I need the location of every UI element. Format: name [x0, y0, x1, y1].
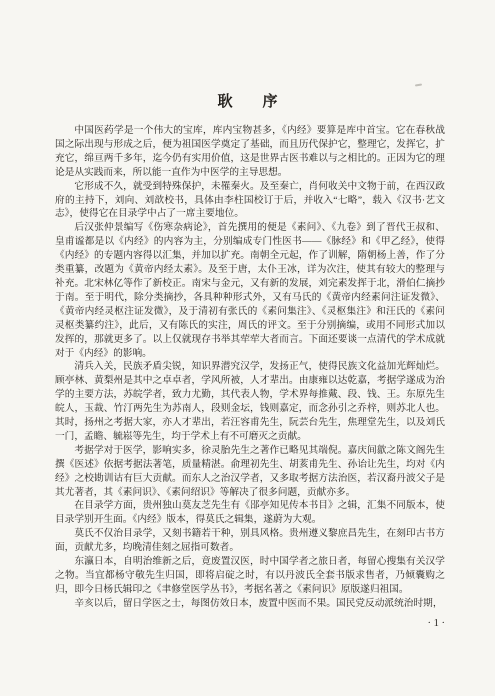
paragraph: 在目录学方面，贵州独山莫友芝先生有《郘亭知见传本书目》之辑，汇集不同版本，使目录…	[55, 499, 445, 527]
page-number: · 1 ·	[55, 618, 445, 629]
scanned-book-page: 耿 序 中国医药学是一个伟大的宝库，库内宝物甚多，《内经》要算是库中首宝。它在春…	[0, 0, 495, 696]
paragraph: 莫氏不仅治目录学，又刻书籍若干种，别具风格。贵州遵义黎庶昌先生，在刻印古书方面，…	[55, 527, 445, 555]
page-title: 耿 序	[0, 90, 495, 111]
scan-artifact-mark	[415, 84, 422, 87]
paragraph: 东瀛日本，自明治维新之后，竟废置汉医，时中国学者之旅日者，每留心搜集有关汉学之物…	[55, 555, 445, 597]
paragraph: 辛亥以后，留日学医之士，每图仿效日本，废置中医而不果。国民党反动派统治时期，	[55, 597, 445, 611]
paragraph: 后汉张仲景编写《伤寒杂病论》，首先撰用的便是《素问》、《九卷》到了晋代王叔和、皇…	[55, 221, 445, 360]
paragraph: 考据学对于医学，影响实多，徐灵胎先生之著作已略见其端倪。嘉庆间歙之陈文阁先生撰《…	[55, 444, 445, 500]
paragraph: 它形成不久，就受到特殊保护，未罹秦火。及至秦亡，肖何收关中文物于前，在西汉政府的…	[55, 180, 445, 222]
paragraph: 清兵入关，民族矛盾尖锐，知识界潜究汉学，发扬正气，使得民族文化益加光辉灿烂。顾亭…	[55, 360, 445, 443]
preface-body-text: 中国医药学是一个伟大的宝库，库内宝物甚多，《内经》要算是库中首宝。它在春秋战国之…	[55, 124, 445, 611]
paragraph: 中国医药学是一个伟大的宝库，库内宝物甚多，《内经》要算是库中首宝。它在春秋战国之…	[55, 124, 445, 180]
